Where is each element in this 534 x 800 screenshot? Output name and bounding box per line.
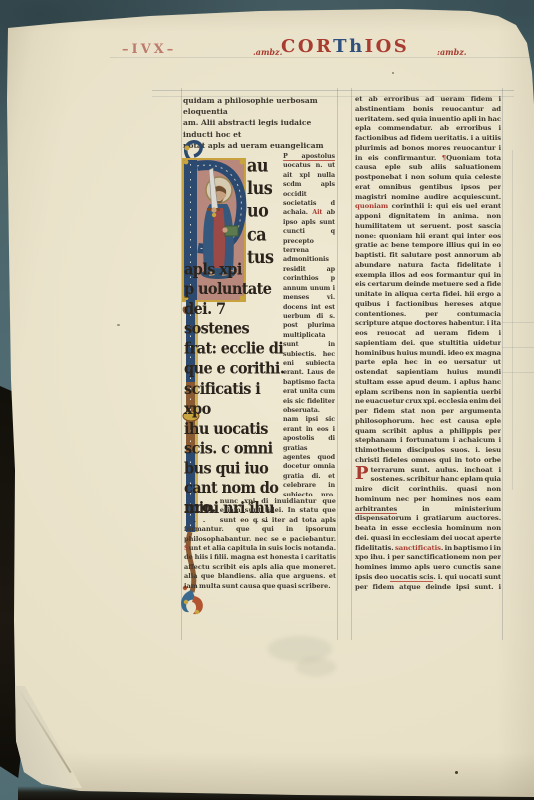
title-letter: O — [376, 36, 394, 57]
ruling-line — [502, 322, 534, 323]
right-text-column: et ab erroribus ad ueram fidem i abstine… — [355, 95, 501, 593]
header-annotation-right: :ambz. — [437, 47, 467, 57]
ruling-line — [502, 347, 534, 348]
ruling-line — [110, 57, 530, 58]
incipit-large-text: apls xpi p uoluntate dei. 7 sostenes fra… — [184, 260, 285, 522]
initial-ascender-curl — [186, 142, 201, 160]
ruling-line — [502, 372, 534, 373]
title-letter: I — [365, 36, 376, 57]
running-title: CORThIOS — [281, 36, 409, 57]
title-letter: S — [394, 36, 410, 57]
header-annotation-left: .ambz. — [253, 47, 282, 57]
title-letter: T — [333, 36, 349, 57]
ruling-line — [152, 90, 514, 91]
red-initial-P: P — [355, 466, 368, 481]
incipit-side-letters: au lus uo ca tus — [247, 154, 283, 273]
parchment-speck — [117, 324, 120, 326]
parchment-speck — [455, 771, 458, 774]
ruling-line — [512, 150, 513, 490]
title-letter: h — [349, 36, 365, 57]
commentary-part2: aulus. inchoat i sostenes. scribitur han… — [355, 466, 501, 594]
ruling-line — [337, 88, 338, 640]
title-letter: O — [298, 36, 316, 57]
manuscript-page: –IVX– .ambz. CORThIOS :ambz. quidam a ph… — [0, 0, 534, 800]
folio-mark: –IVX– — [122, 42, 176, 57]
manuscript-photo: –IVX– .ambz. CORThIOS :ambz. quidam a ph… — [0, 0, 534, 800]
tunic — [213, 208, 225, 268]
commentary-part1: et ab erroribus ad ueram fidem i abstine… — [355, 95, 501, 474]
left-hand — [222, 227, 227, 232]
ruling-line — [502, 88, 503, 640]
ruling-line — [351, 88, 352, 640]
title-letter: C — [281, 36, 298, 57]
left-column-foot-text: nro.nunc xpi di inuidiantur que etiam su… — [184, 497, 336, 594]
right-hand — [211, 207, 216, 212]
title-letter: R — [316, 36, 333, 57]
ink-bleedthrough-smudge — [296, 658, 336, 676]
gloss-column: P apostolus uocatus n. ut ait xpl nulla … — [283, 152, 335, 496]
parchment-speck — [392, 72, 394, 74]
incipit-tail-word: nro. — [184, 497, 216, 517]
sword-pommel — [212, 213, 216, 217]
